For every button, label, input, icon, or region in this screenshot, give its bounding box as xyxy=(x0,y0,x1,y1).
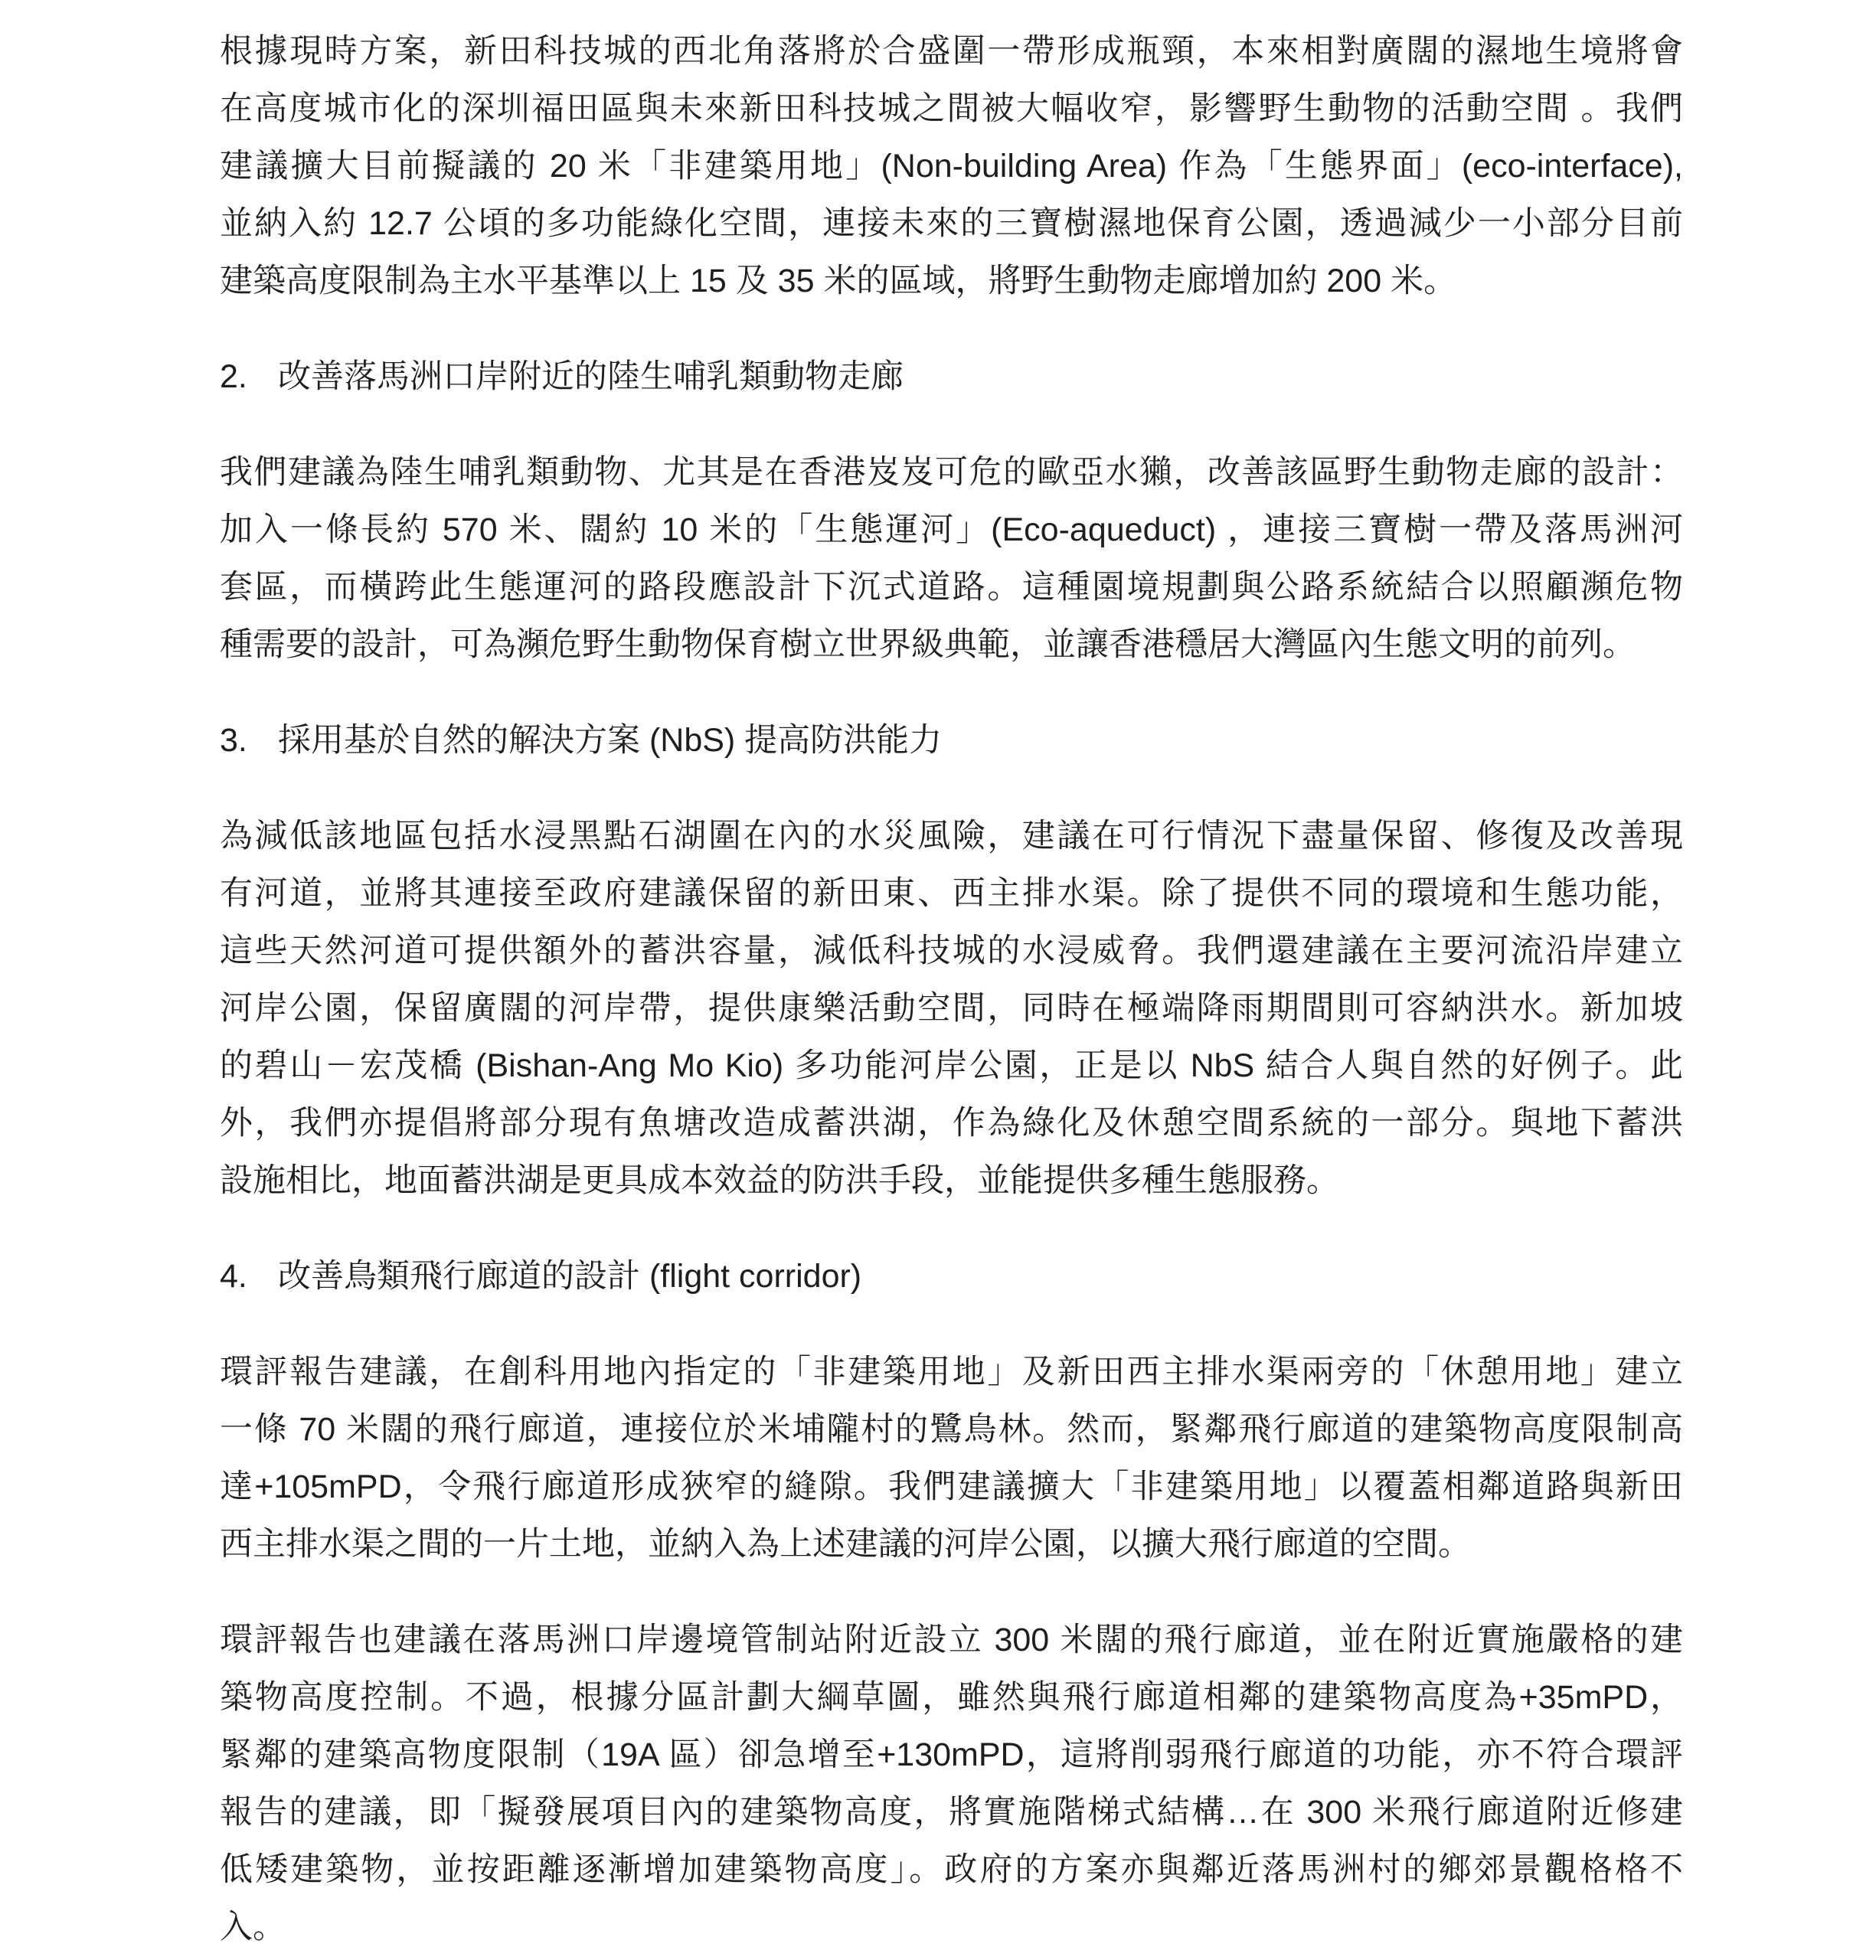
text-line: 達+105mPD，令飛行廊道形成狹窄的縫隙。我們建議擴大「非建築用地」以覆蓋相鄰… xyxy=(220,1459,1683,1516)
heading-label: 改善落馬洲口岸附近的陸生哺乳類動物走廊 xyxy=(278,358,904,395)
text-line: 這些天然河道可提供額外的蓄洪容量，減低科技城的水浸威脅。我們還建議在主要河流沿岸… xyxy=(220,923,1683,980)
text-line: 有河道，並將其連接至政府建議保留的新田東、西主排水渠。除了提供不同的環境和生態功… xyxy=(220,865,1683,923)
text-line: 低矮建築物，並按距離逐漸增加建築物高度」。政府的方案亦與鄰近落馬洲村的鄉郊景觀格… xyxy=(220,1841,1683,1899)
document-page: 根據現時方案，新田科技城的西北角落將於合盛圍一帶形成瓶頸，本來相對廣闊的濕地生境… xyxy=(0,0,1876,1960)
text-line: 環評報告建議，在創科用地內指定的「非建築用地」及新田西主排水渠兩旁的「休憩用地」… xyxy=(220,1344,1683,1401)
text-line: 根據現時方案，新田科技城的西北角落將於合盛圍一帶形成瓶頸，本來相對廣闊的濕地生境… xyxy=(220,23,1683,80)
paragraph-mammal-corridor: 我們建議為陸生哺乳類動物、尤其是在香港岌岌可危的歐亞水獺，改善該區野生動物走廊的… xyxy=(220,444,1683,674)
heading-label: 改善鳥類飛行廊道的設計 (flight corridor) xyxy=(278,1258,861,1295)
text-line: 我們建議為陸生哺乳類動物、尤其是在香港岌岌可危的歐亞水獺，改善該區野生動物走廊的… xyxy=(220,444,1683,501)
text-line: 設施相比，地面蓄洪湖是更具成本效益的防洪手段，並能提供多種生態服務。 xyxy=(220,1152,1683,1210)
text-line: 一條 70 米闊的飛行廊道，連接位於米埔隴村的鷺鳥林。然而，緊鄰飛行廊道的建築物… xyxy=(220,1401,1683,1459)
heading-number: 4. xyxy=(220,1248,278,1305)
text-line: 建築高度限制為主水平基準以上 15 及 35 米的區域，將野生動物走廊增加約 2… xyxy=(220,253,1683,310)
paragraph-nbs-flood: 為減低該地區包括水浸黑點石湖圍在內的水災風險，建議在可行情況下盡量保留、修復及改… xyxy=(220,808,1683,1210)
text-line: 為減低該地區包括水浸黑點石湖圍在內的水災風險，建議在可行情況下盡量保留、修復及改… xyxy=(220,808,1683,865)
text-line: 西主排水渠之間的一片土地，並納入為上述建議的河岸公園，以擴大飛行廊道的空間。 xyxy=(220,1516,1683,1573)
text-line: 河岸公園，保留廣闊的河岸帶，提供康樂活動空間，同時在極端降雨期間則可容納洪水。新… xyxy=(220,980,1683,1037)
text-line: 加入一條長約 570 米、闊約 10 米的「生態運河」(Eco-aqueduct… xyxy=(220,501,1683,559)
text-line: 環評報告也建議在落馬洲口岸邊境管制站附近設立 300 米闊的飛行廊道，並在附近實… xyxy=(220,1612,1683,1669)
text-line: 外，我們亦提倡將部分現有魚塘改造成蓄洪湖，作為綠化及休憩空間系統的一部分。與地下… xyxy=(220,1095,1683,1152)
heading-number: 3. xyxy=(220,712,278,769)
text-line: 入。 xyxy=(220,1899,1683,1956)
paragraph-wetland-bottleneck: 根據現時方案，新田科技城的西北角落將於合盛圍一帶形成瓶頸，本來相對廣闊的濕地生境… xyxy=(220,23,1683,310)
text-line: 報告的建議，即「擬發展項目內的建築物高度，將實施階梯式結構…在 300 米飛行廊… xyxy=(220,1784,1683,1841)
paragraph-flight-corridor-70m: 環評報告建議，在創科用地內指定的「非建築用地」及新田西主排水渠兩旁的「休憩用地」… xyxy=(220,1344,1683,1573)
heading-label: 採用基於自然的解決方案 (NbS) 提高防洪能力 xyxy=(278,722,942,759)
heading-section-2: 2.改善落馬洲口岸附近的陸生哺乳類動物走廊 xyxy=(220,348,1683,406)
text-line: 套區，而橫跨此生態運河的路段應設計下沉式道路。這種園境規劃與公路系統結合以照顧瀕… xyxy=(220,559,1683,616)
heading-number: 2. xyxy=(220,348,278,406)
text-line: 種需要的設計，可為瀕危野生動物保育樹立世界級典範，並讓香港穩居大灣區內生態文明的… xyxy=(220,616,1683,674)
text-line: 建議擴大目前擬議的 20 米「非建築用地」(Non-building Area)… xyxy=(220,138,1683,195)
text-line: 的碧山－宏茂橋 (Bishan-Ang Mo Kio) 多功能河岸公園，正是以 … xyxy=(220,1037,1683,1095)
text-line: 緊鄰的建築高物度限制（19A 區）卻急增至+130mPD，這將削弱飛行廊道的功能… xyxy=(220,1726,1683,1784)
heading-section-3: 3.採用基於自然的解決方案 (NbS) 提高防洪能力 xyxy=(220,712,1683,769)
text-line: 在高度城市化的深圳福田區與未來新田科技城之間被大幅收窄，影響野生動物的活動空間 … xyxy=(220,80,1683,138)
text-line: 並納入約 12.7 公頃的多功能綠化空間，連接未來的三寶樹濕地保育公園，透過減少… xyxy=(220,195,1683,253)
paragraph-flight-corridor-300m: 環評報告也建議在落馬洲口岸邊境管制站附近設立 300 米闊的飛行廊道，並在附近實… xyxy=(220,1612,1683,1956)
heading-section-4: 4.改善鳥類飛行廊道的設計 (flight corridor) xyxy=(220,1248,1683,1305)
text-line: 築物高度控制。不過，根據分區計劃大綱草圖，雖然與飛行廊道相鄰的建築物高度為+35… xyxy=(220,1669,1683,1726)
